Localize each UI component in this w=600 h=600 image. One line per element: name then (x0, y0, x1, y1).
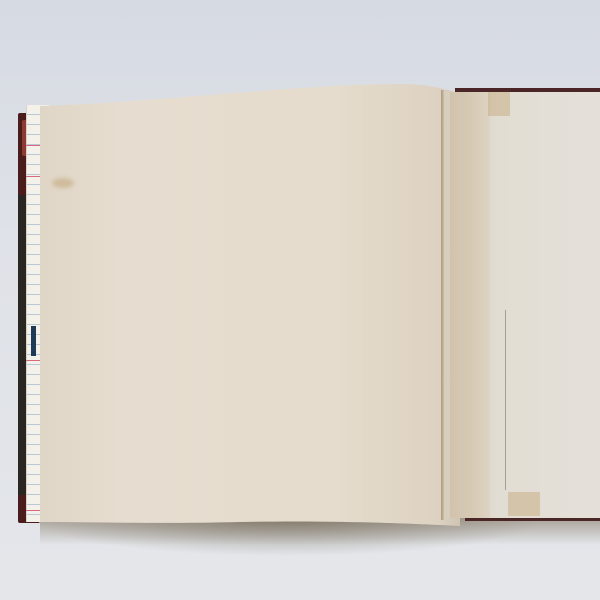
tape-patch-bottom (508, 492, 540, 516)
page-stain (52, 178, 74, 188)
left-page (40, 84, 460, 526)
tape-repair-strip (450, 92, 490, 518)
tape-patch-top (488, 92, 510, 116)
ink-stain (31, 326, 36, 356)
book-gutter (441, 90, 444, 520)
pencil-mark (505, 310, 506, 490)
